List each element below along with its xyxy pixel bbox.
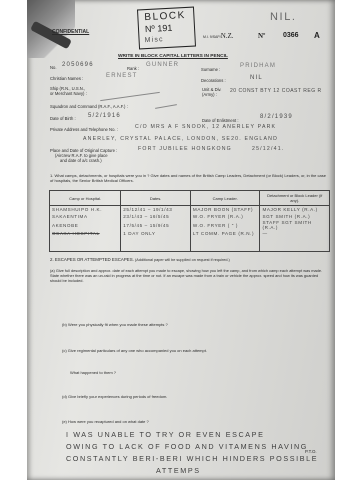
section2-note: (Additional paper will be supplied on re… bbox=[135, 258, 230, 262]
question-2d: (d) Give briefly your experiences during… bbox=[62, 394, 167, 399]
answer-line-1: I WAS UNABLE TO TRY OR EVEN ESCAPE bbox=[66, 430, 264, 439]
question-2e: (e) How were you recaptured and on what … bbox=[62, 419, 149, 424]
col-camp-leader: Camp Leader. bbox=[190, 191, 260, 206]
cell-dates: 23/1/43 – 16/5/45 bbox=[121, 213, 191, 220]
capture-place: FORT JUBILEE HONGKONG bbox=[138, 146, 232, 152]
cell-leader: W.O. FRYER ( " ) bbox=[190, 220, 260, 230]
number-label: Nº bbox=[258, 32, 265, 40]
service-number-label: No. bbox=[50, 65, 57, 70]
cell-camp: SAKAENTIMA bbox=[50, 213, 121, 220]
cell-leader: LT COMM. PAGE (R.N.) bbox=[190, 230, 260, 237]
enlistment-value: 8/2/1939 bbox=[260, 114, 293, 120]
answer-line-4: ATTEMPS bbox=[156, 466, 201, 475]
block-stamp: BLOCK Nº 191 Misc bbox=[137, 7, 196, 50]
dob-label: Date of Birth : bbox=[50, 116, 76, 121]
table-row: AKENOBE 17/5/45 – 15/9/45 W.O. FRYER ( "… bbox=[50, 220, 330, 230]
question-2b: (b) Were you physically fit when you mad… bbox=[62, 322, 168, 327]
form-ref-prefix: M.I. 9/SAP/ bbox=[203, 35, 221, 39]
table-row: SAKAENTIMA 23/1/43 – 16/5/45 W.O. FRYER … bbox=[50, 213, 330, 220]
table-row: OSAKA HOSPITAL 1 DAY ONLY LT COMM. PAGE … bbox=[50, 230, 330, 237]
stamp-note: Misc bbox=[144, 36, 164, 44]
col-block-leader: Detachment or Block Leader (if any). bbox=[260, 191, 330, 206]
pto-label: P.T.O. bbox=[305, 449, 317, 454]
stamp-number-text: Nº 191 bbox=[145, 23, 173, 34]
rank-value: GUNNER bbox=[146, 62, 179, 68]
cell-block-leader: STAFF SGT SMITH (R.A.) bbox=[260, 220, 330, 230]
christian-names-value: ERNEST bbox=[106, 73, 138, 79]
section1-question: 1. What camps, detachments, or hospitals… bbox=[50, 173, 327, 183]
form-suffix: A bbox=[314, 31, 320, 40]
form-reference: M.I. 9/SAP/N.Z. bbox=[203, 32, 234, 40]
question-2c-followup: What happened to them ? bbox=[70, 370, 116, 375]
dob-value: 5/2/1916 bbox=[88, 113, 121, 119]
confidential-label: CONFIDENTIAL bbox=[52, 29, 89, 35]
rank-label: Rank : bbox=[127, 66, 139, 71]
unit-value: 20 CONST BTY 12 COAST REG R bbox=[230, 88, 322, 94]
camps-table-header: Camp or Hospital. Dates. Camp Leader. De… bbox=[50, 191, 330, 206]
form-number: 0366 bbox=[283, 32, 299, 39]
section2-heading: 2. ESCAPES OR ATTEMPTED ESCAPES. bbox=[50, 257, 134, 262]
surname-label: Surname : bbox=[201, 67, 220, 72]
answer-line-2: OWING TO LACK OF FOOD AND VITAMENS HAVIN… bbox=[66, 442, 308, 451]
blank-cell bbox=[190, 237, 260, 252]
enlistment-label: Date of Enlistment : bbox=[202, 118, 239, 123]
decorations-value: NIL bbox=[250, 75, 263, 81]
nil-annotation: NIL. bbox=[270, 11, 297, 23]
instruction-heading: WRITE IN BLOCK CAPITAL LETTERS IN PENCIL bbox=[118, 54, 228, 59]
table-row: SHAMSHUIPO H.K. 25/12/41 – 19/1/43 MAJOR… bbox=[50, 206, 330, 214]
cell-dates: 17/5/45 – 15/9/45 bbox=[121, 220, 191, 230]
cell-camp: AKENOBE bbox=[50, 220, 121, 230]
section2-title: 2. ESCAPES OR ATTEMPTED ESCAPES. (Additi… bbox=[50, 257, 230, 262]
address-label: Private Address and Telephone No. : bbox=[50, 127, 118, 132]
cell-dates: 25/12/41 – 19/1/43 bbox=[121, 206, 191, 214]
cell-dates: 1 DAY ONLY bbox=[121, 230, 191, 237]
squadron-label: Squadron and Command (R.A.F., A.A.F.) : bbox=[50, 104, 128, 109]
unit-label-2: (Army) : bbox=[202, 92, 217, 97]
cell-block-leader: — bbox=[260, 230, 330, 237]
col-dates: Dates. bbox=[121, 191, 191, 206]
cell-block-leader: SGT SMITH (R.A.) bbox=[260, 213, 330, 220]
cell-camp: OSAKA HOSPITAL bbox=[50, 230, 121, 237]
col-camp: Camp or Hospital. bbox=[50, 191, 121, 206]
form-code: N.Z. bbox=[221, 32, 234, 40]
ship-label-2: or Merchant Navy) : bbox=[50, 91, 87, 96]
decorations-label: Decorations : bbox=[201, 78, 226, 83]
address-line-2: ANERLEY, CRYSTAL PALACE, LONDON, SE20. E… bbox=[83, 136, 278, 142]
question-2a: (a) Give full description and approx. da… bbox=[50, 268, 329, 283]
cell-leader: W.O. FRYER (R.A.) bbox=[190, 213, 260, 220]
blank-cell bbox=[260, 237, 330, 252]
stamp-block-text: BLOCK bbox=[144, 10, 186, 23]
address-line-1: C/O MRS A F SNOOK, 12 ANERLEY PARK bbox=[135, 124, 276, 130]
answer-line-3: CONSTANTLY BERI-BERI WHICH HINDERS POSSI… bbox=[66, 454, 318, 463]
christian-names-label: Christian Names : bbox=[50, 76, 83, 81]
blank-cell bbox=[121, 237, 191, 252]
capture-label-3: and date of a/c crash.) bbox=[60, 158, 102, 163]
cell-block-leader: MAJOR KELLY (R.A.) bbox=[260, 206, 330, 214]
blank-cell bbox=[50, 237, 121, 252]
service-number-value: 2050696 bbox=[62, 62, 94, 68]
table-row-blank bbox=[50, 237, 330, 252]
cell-leader: MAJOR BOON (STAFF) bbox=[190, 206, 260, 214]
capture-date: 25/12/41. bbox=[252, 146, 284, 152]
question-2c: (c) Give regimental particulars of any o… bbox=[62, 348, 207, 353]
surname-value: PRIDHAM bbox=[240, 63, 276, 69]
camps-table: Camp or Hospital. Dates. Camp Leader. De… bbox=[49, 190, 330, 252]
cell-camp: SHAMSHUIPO H.K. bbox=[50, 206, 121, 214]
